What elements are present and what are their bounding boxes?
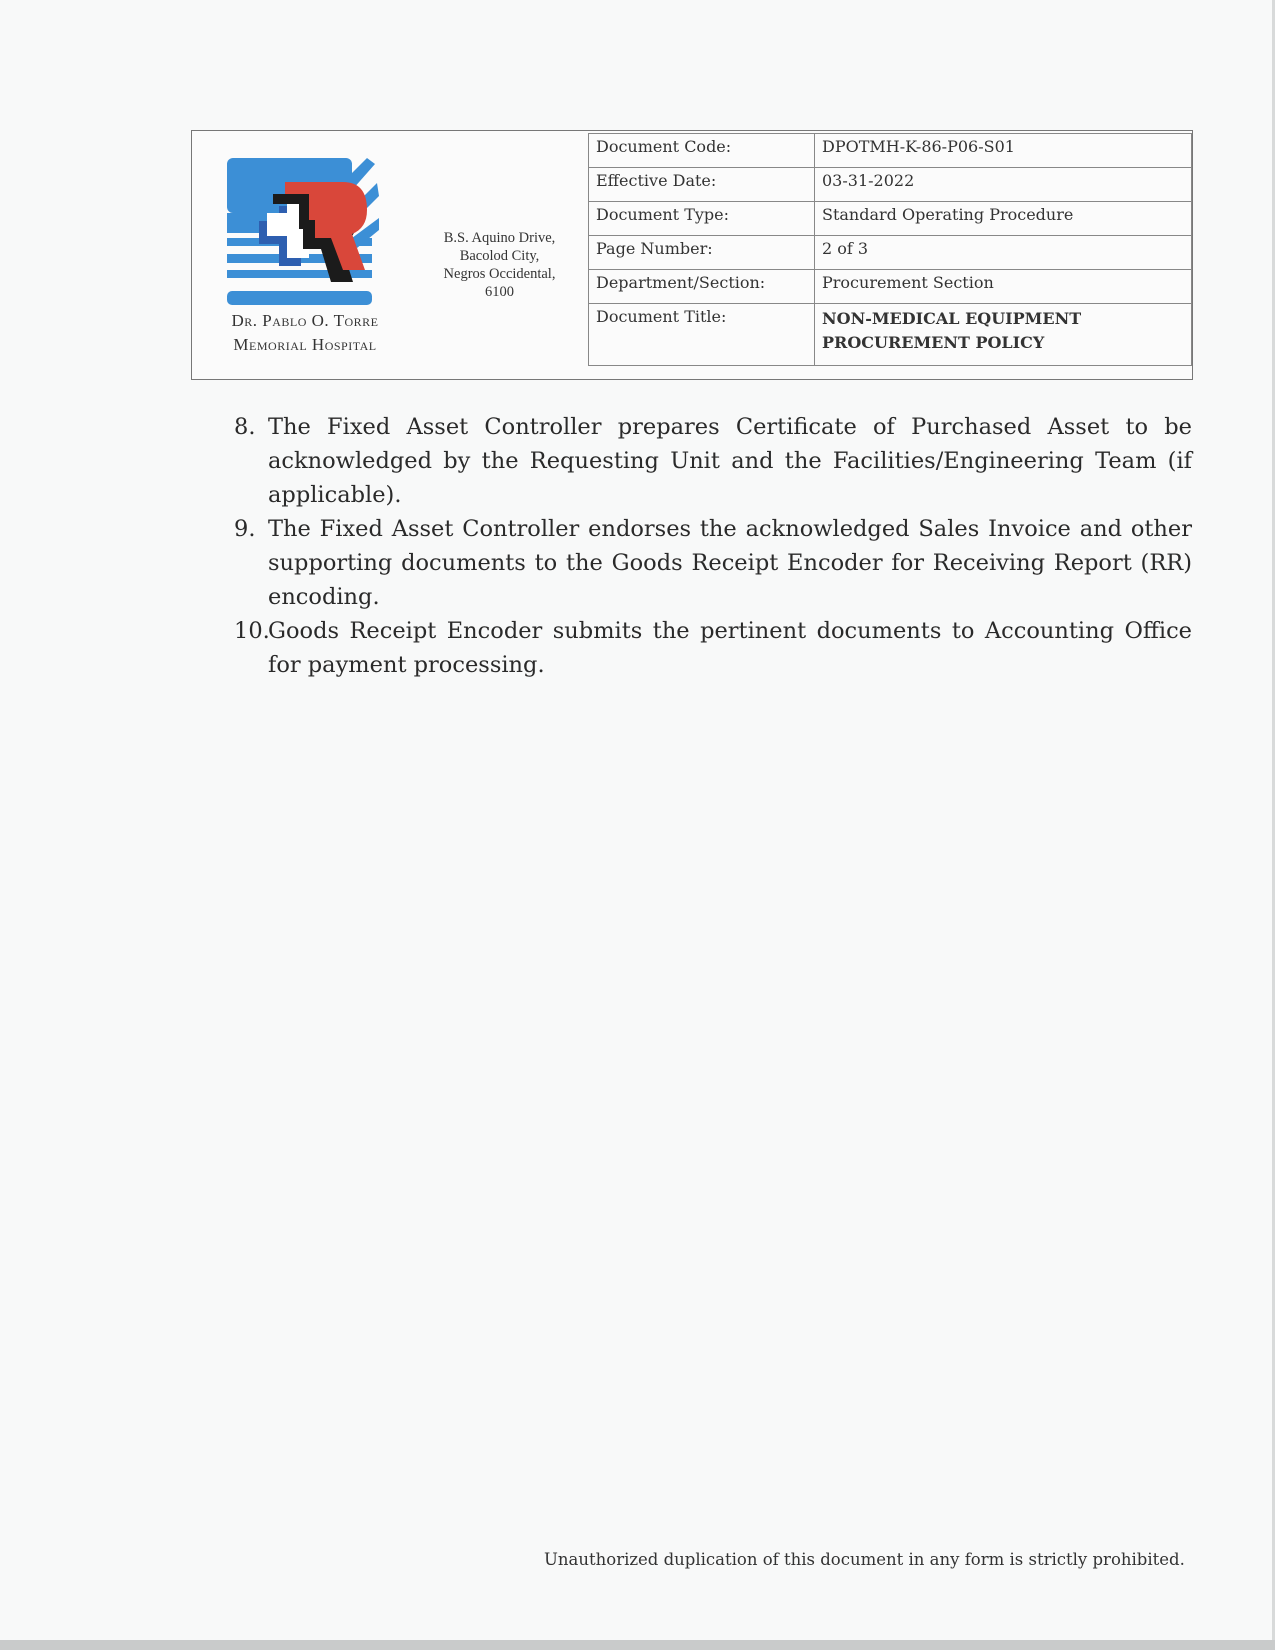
hospital-name: Dr. Pablo O. Torre Memorial Hospital (200, 309, 410, 357)
address-line: B.S. Aquino Drive, (417, 229, 582, 247)
hospital-name-line1: Dr. Pablo O. Torre (200, 309, 410, 333)
hospital-branding: Dr. Pablo O. Torre Memorial Hospital (192, 131, 417, 379)
info-value: 03-31-2022 (815, 168, 1192, 202)
info-label: Document Type: (589, 202, 815, 236)
scan-edge-bottom (0, 1640, 1275, 1650)
procedure-step: 9. The Fixed Asset Controller endorses t… (234, 512, 1192, 614)
address-line: 6100 (417, 283, 582, 301)
document-header: Dr. Pablo O. Torre Memorial Hospital B.S… (191, 130, 1193, 380)
info-row-document-title: Document Title: NON-MEDICAL EQUIPMENT PR… (589, 304, 1192, 366)
step-text: The Fixed Asset Controller prepares Cert… (268, 414, 1192, 508)
info-label: Document Title: (589, 304, 815, 366)
document-title: NON-MEDICAL EQUIPMENT PROCUREMENT POLICY (815, 304, 1192, 366)
info-label: Page Number: (589, 236, 815, 270)
hospital-name-line2: Memorial Hospital (200, 333, 410, 357)
info-row-department: Department/Section: Procurement Section (589, 270, 1192, 304)
info-row-page-number: Page Number: 2 of 3 (589, 236, 1192, 270)
hospital-address: B.S. Aquino Drive, Bacolod City, Negros … (417, 229, 582, 301)
info-row-document-code: Document Code: DPOTMH-K-86-P06-S01 (589, 134, 1192, 168)
info-label: Document Code: (589, 134, 815, 168)
info-value: Procurement Section (815, 270, 1192, 304)
step-number: 9. (234, 512, 255, 546)
info-row-document-type: Document Type: Standard Operating Proced… (589, 202, 1192, 236)
info-value: 2 of 3 (815, 236, 1192, 270)
procedure-step: 10. Goods Receipt Encoder submits the pe… (234, 614, 1192, 682)
address-line: Negros Occidental, (417, 265, 582, 283)
document-title-line2: PROCUREMENT POLICY (822, 331, 1184, 355)
hospital-logo-icon (227, 158, 382, 308)
step-text: The Fixed Asset Controller endorses the … (268, 516, 1192, 610)
step-number: 8. (234, 410, 255, 444)
info-label: Effective Date: (589, 168, 815, 202)
procedure-step: 8. The Fixed Asset Controller prepares C… (234, 410, 1192, 512)
info-value: Standard Operating Procedure (815, 202, 1192, 236)
info-value: DPOTMH-K-86-P06-S01 (815, 134, 1192, 168)
step-text: Goods Receipt Encoder submits the pertin… (268, 618, 1192, 678)
footer-notice: Unauthorized duplication of this documen… (544, 1550, 1185, 1569)
info-label: Department/Section: (589, 270, 815, 304)
step-number: 10. (234, 614, 270, 648)
document-title-line1: NON-MEDICAL EQUIPMENT (822, 307, 1184, 331)
procedure-steps: 8. The Fixed Asset Controller prepares C… (234, 410, 1192, 682)
info-row-effective-date: Effective Date: 03-31-2022 (589, 168, 1192, 202)
document-info-table: Document Code: DPOTMH-K-86-P06-S01 Effec… (588, 133, 1192, 366)
address-line: Bacolod City, (417, 247, 582, 265)
